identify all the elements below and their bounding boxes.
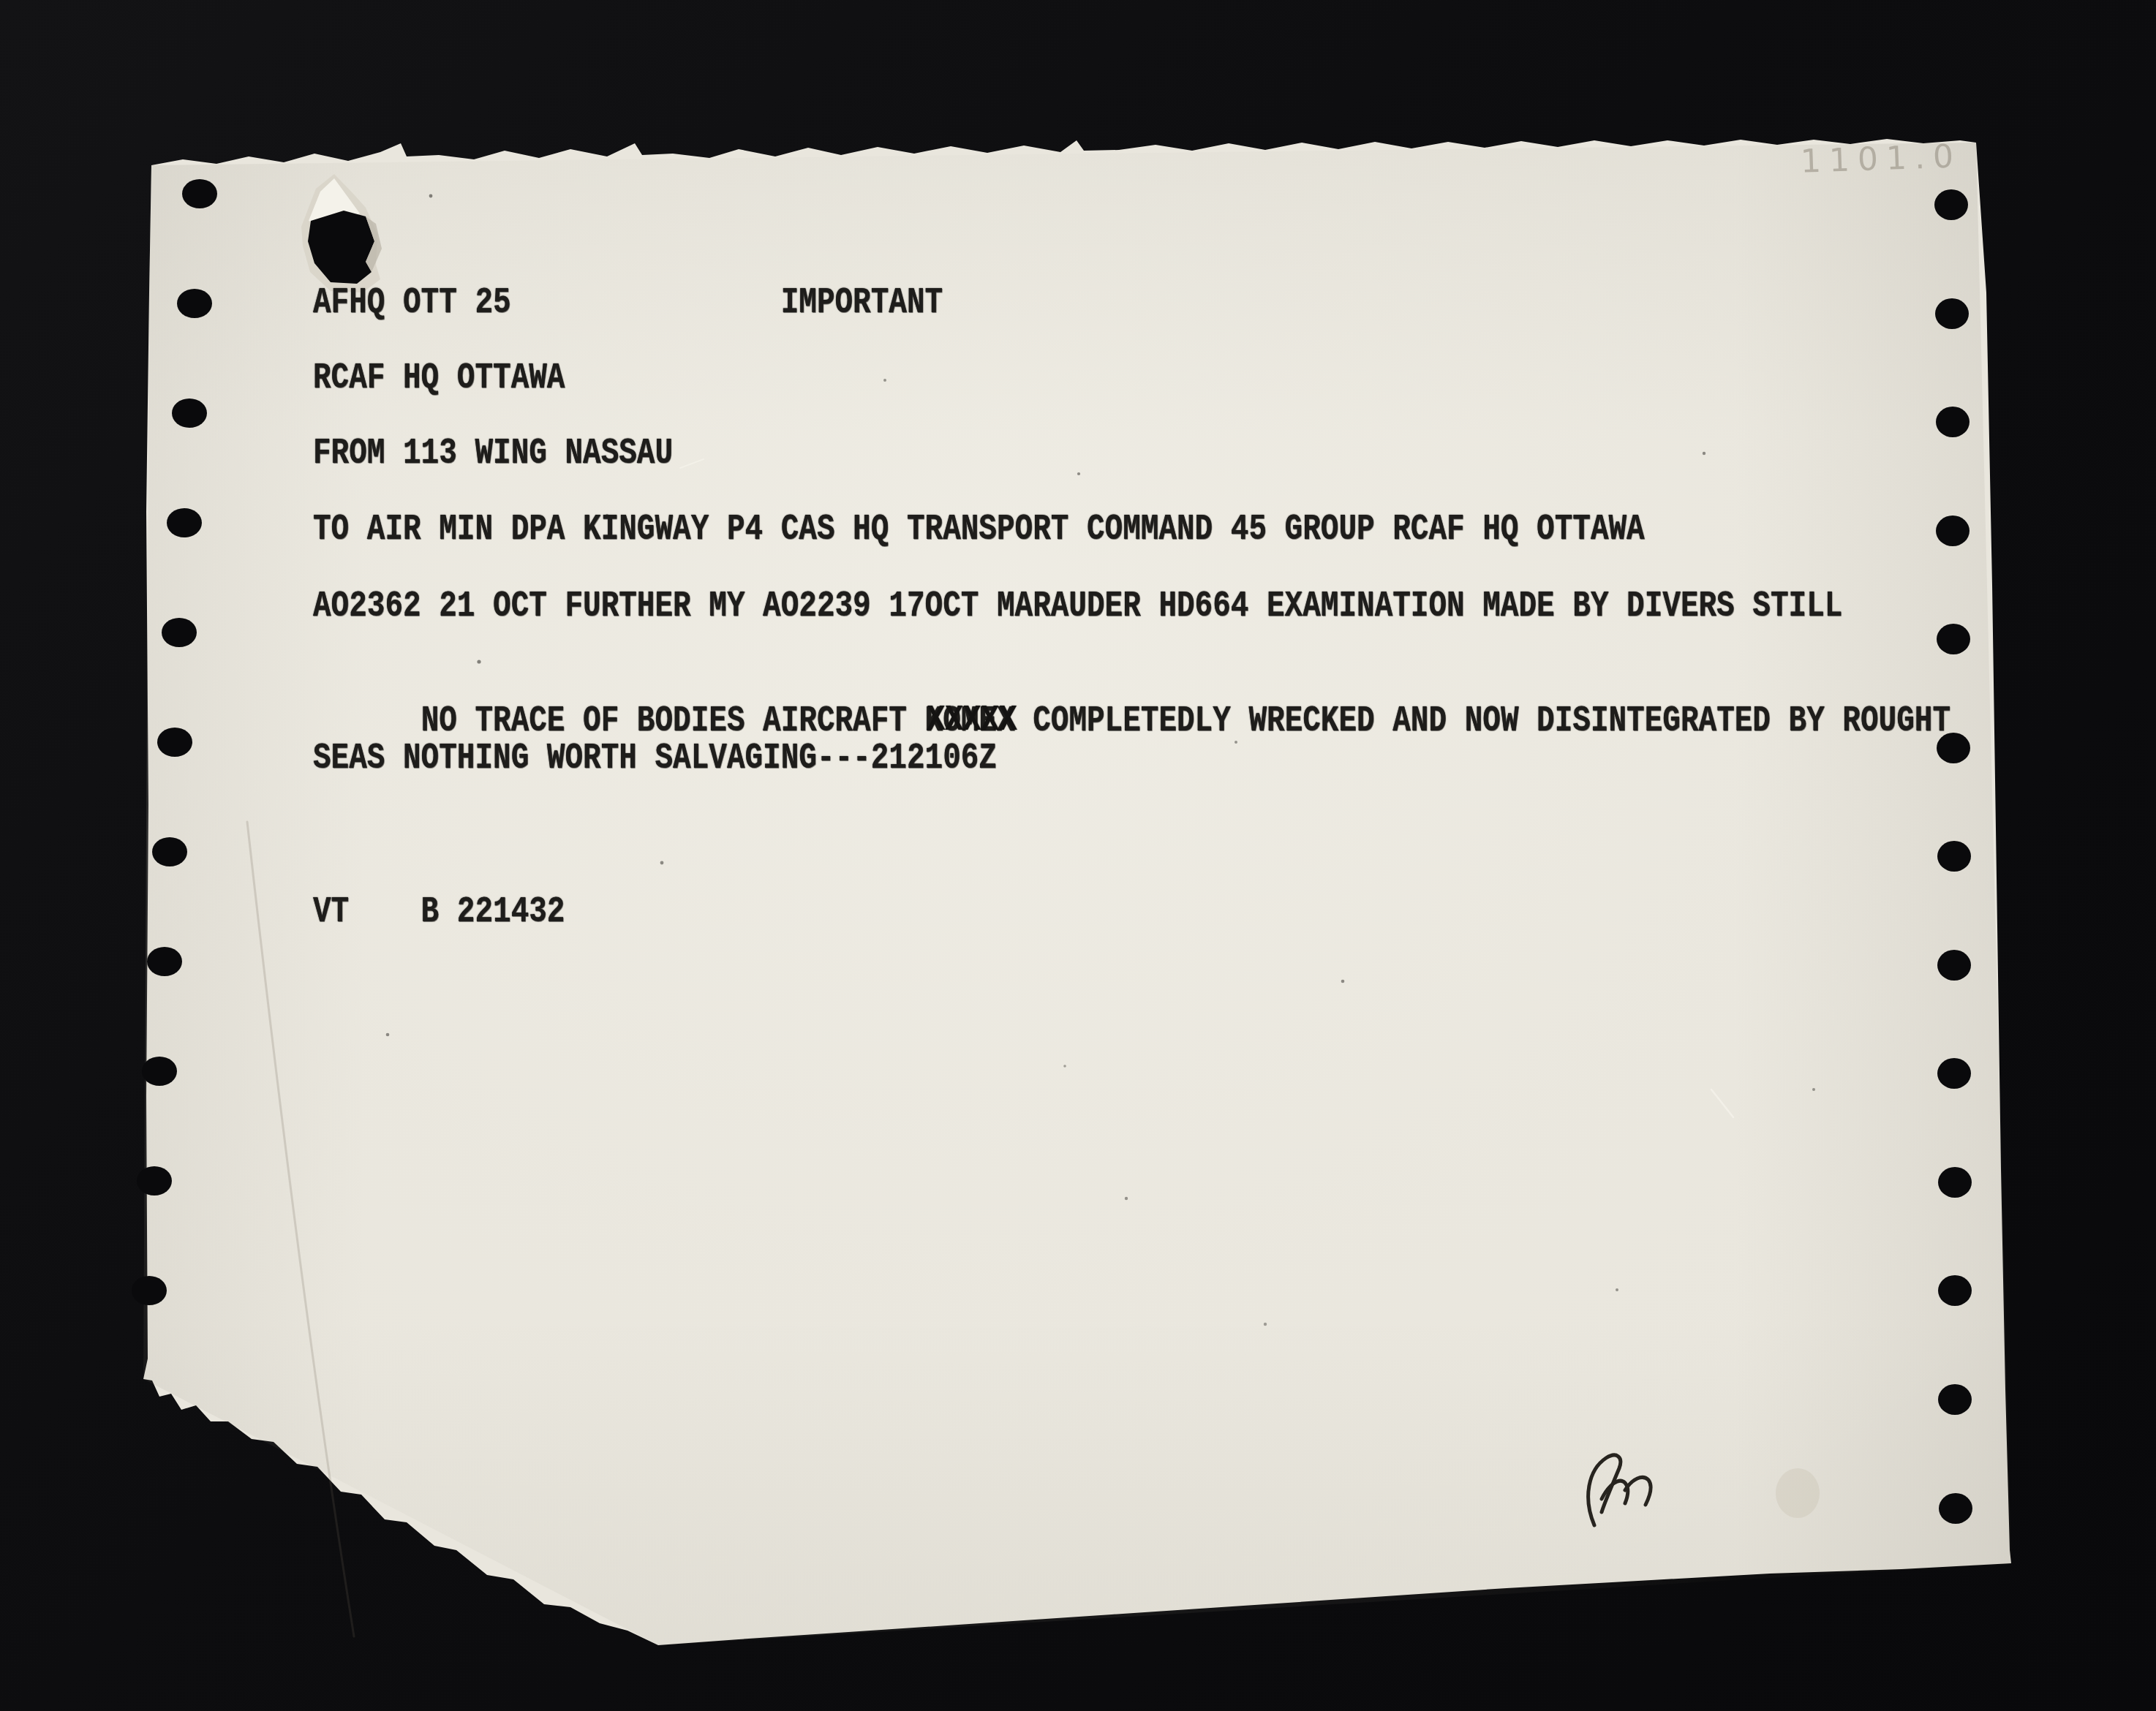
punch-hole xyxy=(1934,189,1968,220)
punch-hole xyxy=(132,1276,167,1305)
punch-hole xyxy=(157,728,192,757)
punch-hole xyxy=(1936,515,1970,546)
punch-hole xyxy=(1937,733,1970,763)
punch-hole xyxy=(1937,624,1970,654)
punch-hole xyxy=(137,1166,172,1196)
punch-hole xyxy=(1937,1058,1971,1089)
punch-hole xyxy=(1938,1384,1972,1415)
paper-shape-group xyxy=(143,139,2011,1645)
punch-hole xyxy=(1937,841,1971,872)
punch-hole xyxy=(147,947,182,976)
punch-hole xyxy=(162,618,197,647)
punch-hole xyxy=(1936,407,1970,437)
punch-hole xyxy=(1937,950,1971,981)
punch-hole xyxy=(142,1057,177,1086)
scanned-photo-background: AFHQ OTT 25 IMPORTANT RCAF HQ OTTAWA FRO… xyxy=(0,0,2156,1711)
punch-hole xyxy=(1938,1167,1972,1198)
punch-hole xyxy=(177,289,212,318)
punch-hole xyxy=(167,508,202,537)
telegram-paper-sheet xyxy=(0,0,2156,1711)
punch-hole xyxy=(1938,1275,1972,1306)
punch-hole xyxy=(1935,298,1969,329)
punch-hole xyxy=(172,399,207,428)
punch-hole xyxy=(152,837,187,866)
paper-center-highlight xyxy=(143,143,2011,1645)
punch-hole xyxy=(1939,1493,1972,1524)
punch-hole xyxy=(182,179,217,208)
paper-stain xyxy=(1776,1468,1820,1518)
